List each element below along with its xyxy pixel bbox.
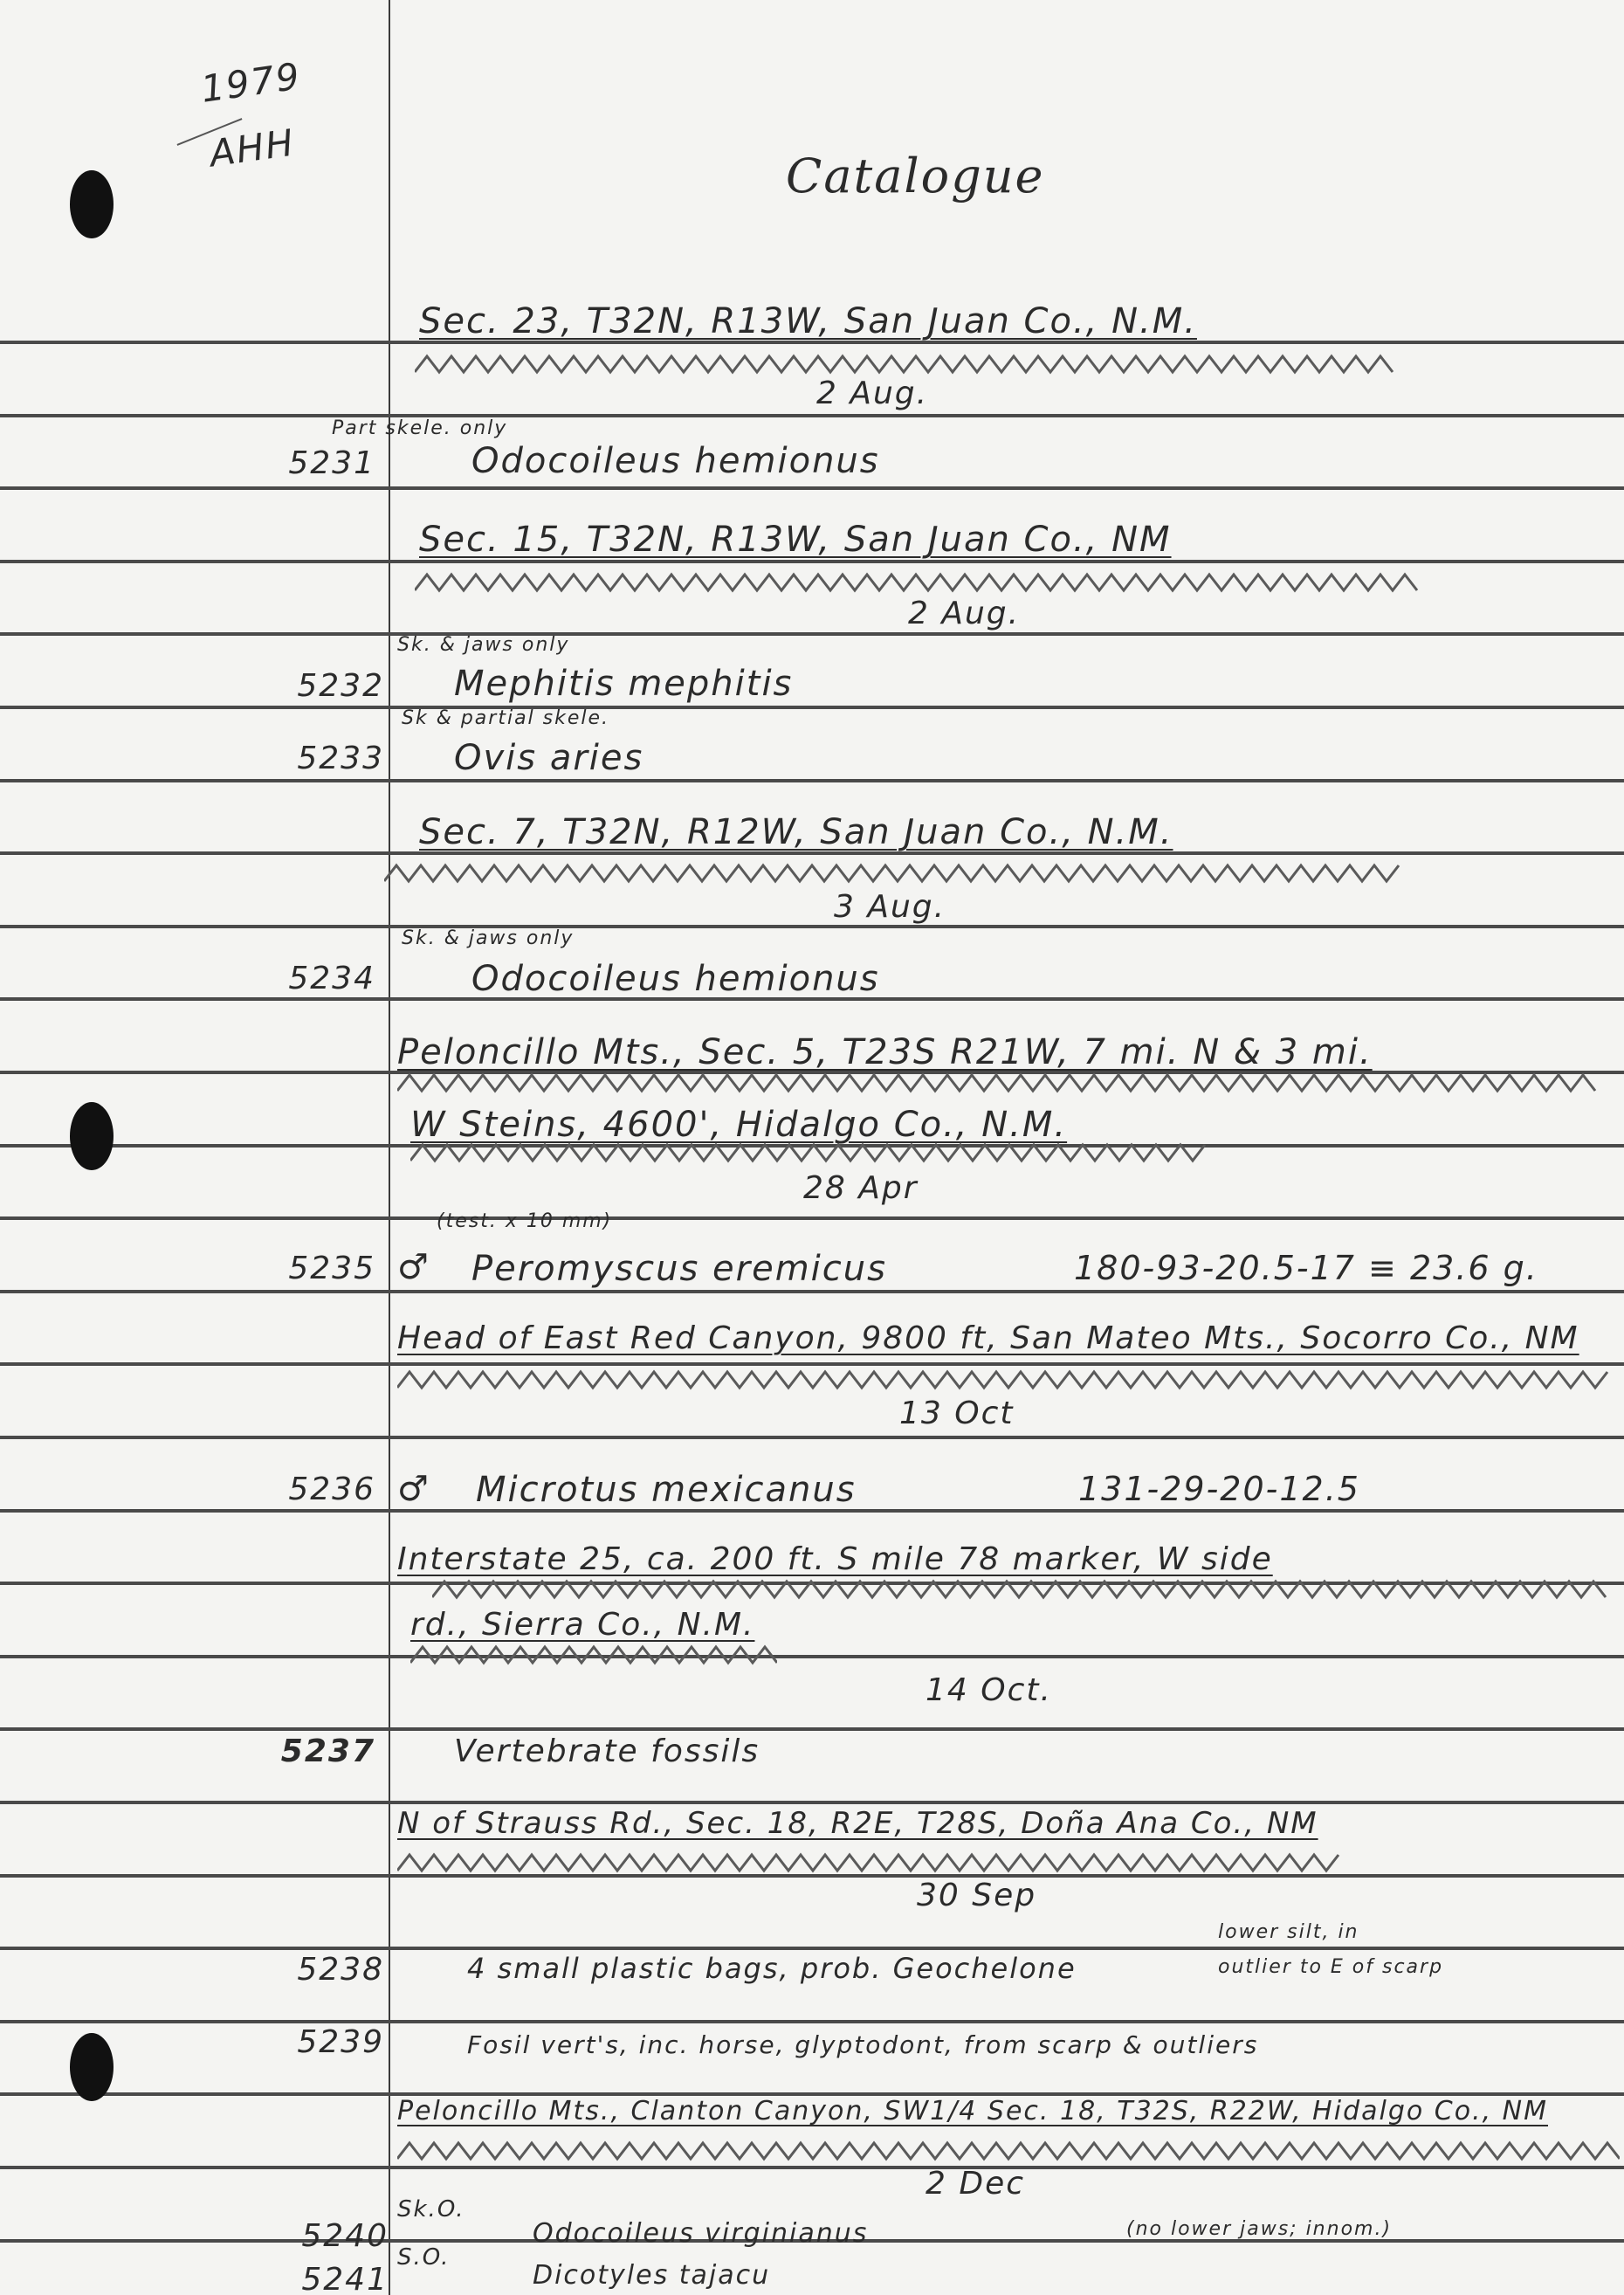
punch-hole — [70, 170, 114, 238]
locality-date: 30 Sep — [917, 1878, 1036, 1913]
specimen-note: Sk & partial skele. — [402, 707, 609, 729]
punch-hole — [70, 1102, 114, 1170]
margin-line — [389, 0, 390, 2295]
measurements: 180-93-20.5-17 ≡ 23.6 g. — [1074, 1249, 1538, 1287]
ruled-line — [0, 632, 1624, 636]
initials-label: AHH — [207, 121, 298, 175]
catalogue-number: 5231 — [201, 445, 375, 481]
underline-squiggle — [397, 1070, 1602, 1096]
locality-text: Sec. 23, T32N, R13W, San Juan Co., N.M. — [419, 301, 1197, 341]
ruled-line — [0, 1216, 1624, 1220]
species-name: Peromyscus eremicus — [471, 1249, 887, 1289]
locality-date: 3 Aug. — [834, 889, 946, 925]
specimen-note: Sk.O. — [397, 2196, 465, 2223]
underline-squiggle — [415, 351, 1401, 377]
underline-squiggle — [384, 860, 1406, 886]
catalogue-number: 5235 — [201, 1251, 375, 1286]
ruled-line — [0, 1436, 1624, 1439]
specimen-note: (test. x 10 mm) — [437, 1210, 612, 1232]
locality-date: 14 Oct. — [926, 1672, 1052, 1708]
species-name: Dicotyles tajacu — [533, 2260, 770, 2291]
page-title: Catalogue — [786, 148, 1045, 203]
sex-symbol: ♂ — [397, 1247, 430, 1287]
punch-hole — [70, 2033, 114, 2101]
specimen-note: Part skele. only — [332, 417, 507, 439]
side-note-line1: lower silt, in — [1218, 1921, 1359, 1943]
ruled-line — [0, 1947, 1624, 1950]
species-name: Vertebrate fossils — [454, 1733, 760, 1769]
catalogue-number: 5232 — [210, 668, 384, 704]
sex-symbol: ♂ — [397, 1469, 430, 1509]
ruled-line — [0, 779, 1624, 782]
ruled-line — [0, 1727, 1624, 1731]
ruled-line — [0, 1290, 1624, 1293]
ruled-line — [0, 1655, 1624, 1658]
locality-text: Sec. 15, T32N, R13W, San Juan Co., NM — [419, 520, 1172, 560]
ruled-line — [0, 2020, 1624, 2023]
underline-squiggle — [397, 1850, 1340, 1876]
catalogue-number: 5241 — [214, 2262, 389, 2295]
species-name: Fosil vert's, inc. horse, glyptodont, fr… — [467, 2030, 1258, 2059]
species-name: Odocoileus virginianus — [533, 2218, 868, 2249]
underline-squiggle — [397, 2138, 1620, 2164]
species-name: Mephitis mephitis — [454, 664, 793, 704]
specimen-note: Sk. & jaws only — [397, 634, 569, 656]
underline-squiggle — [397, 1367, 1611, 1393]
catalogue-number: 5240 — [214, 2218, 389, 2254]
specimen-note: S.O. — [397, 2244, 450, 2271]
catalogue-number: 5234 — [201, 961, 375, 996]
ruled-line — [0, 925, 1624, 928]
measurements: 131-29-20-12.5 — [1078, 1470, 1360, 1508]
catalogue-page: 1979 AHH Catalogue Sec. 23, T32N, R13W, … — [0, 0, 1624, 2295]
catalogue-number: 5236 — [201, 1471, 375, 1507]
species-name: Ovis aries — [454, 738, 643, 778]
underline-squiggle — [432, 1576, 1611, 1602]
catalogue-number: 5238 — [210, 1952, 384, 1988]
locality-text: Sec. 7, T32N, R12W, San Juan Co., N.M. — [419, 812, 1173, 852]
species-name: Odocoileus hemionus — [471, 441, 880, 481]
species-name: Odocoileus hemionus — [471, 959, 880, 999]
ruled-line — [0, 1362, 1624, 1366]
locality-text-line1: Peloncillo Mts., Sec. 5, T23S R21W, 7 mi… — [397, 1032, 1373, 1072]
locality-date: 2 Dec — [926, 2166, 1025, 2202]
underline-squiggle — [410, 1140, 1214, 1166]
locality-date: 28 Apr — [803, 1170, 919, 1206]
catalogue-number: 5233 — [210, 741, 384, 776]
catalogue-number: 5239 — [210, 2024, 384, 2060]
underline-squiggle — [415, 569, 1419, 596]
locality-date: 13 Oct — [899, 1396, 1015, 1431]
locality-date: 2 Aug. — [816, 376, 928, 411]
ruled-line — [0, 486, 1624, 490]
catalogue-number: 5237 — [201, 1733, 375, 1769]
year-label: 1979 — [198, 54, 304, 111]
species-name: Microtus mexicanus — [476, 1470, 857, 1510]
side-note-line2: outlier to E of scarp — [1218, 1956, 1443, 1978]
ruled-line — [0, 560, 1624, 563]
ruled-line — [0, 414, 1624, 417]
underline-squiggle — [410, 1642, 777, 1668]
side-note: (no lower jaws; innom.) — [1126, 2218, 1392, 2240]
locality-date: 2 Aug. — [908, 596, 1020, 631]
locality-text: Head of East Red Canyon, 9800 ft, San Ma… — [397, 1320, 1579, 1356]
locality-text-line1: Interstate 25, ca. 200 ft. S mile 78 mar… — [397, 1541, 1273, 1577]
locality-text-line2: rd., Sierra Co., N.M. — [410, 1607, 754, 1643]
ruled-line — [0, 1801, 1624, 1804]
ruled-line — [0, 2166, 1624, 2169]
species-name: 4 small plastic bags, prob. Geochelone — [467, 1952, 1077, 1985]
locality-text: Peloncillo Mts., Clanton Canyon, SW1/4 S… — [397, 2096, 1548, 2126]
specimen-note: Sk. & jaws only — [402, 927, 574, 949]
ruled-line — [0, 706, 1624, 709]
locality-text: N of Strauss Rd., Sec. 18, R2E, T28S, Do… — [397, 1806, 1318, 1841]
